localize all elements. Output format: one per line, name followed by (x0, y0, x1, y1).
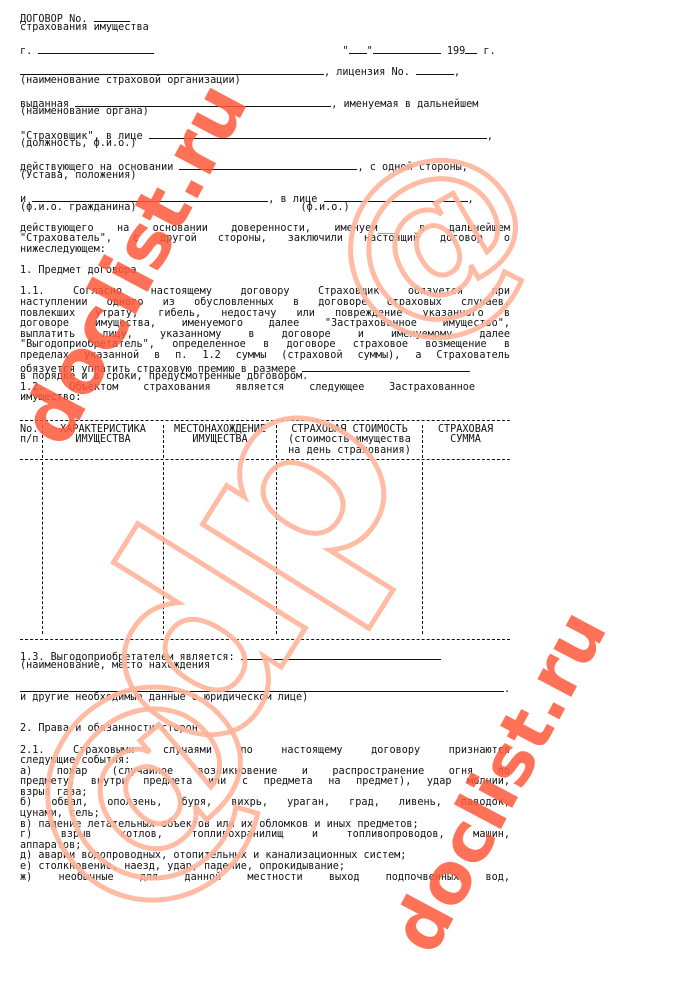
clause-1-2-line: 1.2. Объектом страхования является следу… (20, 383, 475, 394)
event-item: предмету, внутри предмета или с предмета… (20, 777, 510, 788)
attorney-line-3: нижеследующем: (20, 245, 520, 256)
city-date-line: г. "" 199 г. (20, 44, 520, 55)
beneficiary-caption-1: (наименование, место нахождения (20, 661, 520, 672)
contract-document: ДОГОВОР No. страхования имущества г. "" … (20, 12, 520, 883)
insurer-representative-blank (149, 129, 487, 139)
table-cell (277, 462, 423, 634)
table-cell (20, 462, 43, 634)
insurer-org-blank (20, 65, 324, 75)
insured-property-table: No. п/п ХАРАКТЕРИСТИКА ИМУЩЕСТВА МЕСТОНА… (20, 420, 510, 640)
table-header-insured-value: СТРАХОВАЯ СТОИМОСТЬ (стоимость имущества… (277, 425, 423, 458)
table-body (20, 462, 510, 634)
basis-caption: (Устава, положения) (20, 171, 520, 182)
month-blank (373, 44, 441, 54)
policyholder-representative-blank (324, 192, 468, 202)
table-cell (164, 462, 277, 634)
day-blank (349, 44, 367, 54)
clause-1-1-line: пределах указанной в п. 1.2 суммы (страх… (20, 351, 510, 362)
year-blank (465, 44, 477, 54)
table-header-location: МЕСТОНАХОЖДЕНИЕ ИМУЩЕСТВА (164, 425, 277, 458)
insurer-caption: (должность, ф.и.о.) (20, 139, 520, 150)
table-header-insured-sum: СТРАХОВАЯ СУММА (423, 425, 508, 458)
organ-caption: (наименование органа) (20, 107, 520, 118)
license-number-blank (416, 65, 454, 75)
section-2-title: 2. Права и обязанности сторон (20, 724, 520, 735)
section-1-title: 1. Предмет договора (20, 266, 520, 277)
table-header-row: No. п/п ХАРАКТЕРИСТИКА ИМУЩЕСТВА МЕСТОНА… (20, 425, 510, 458)
beneficiary-caption-2: и другие необходимые данные о юридическо… (20, 693, 520, 704)
clause-1-2-last: имущество: (20, 393, 520, 404)
policyholder-captions: (ф.и.о. гражданина)(ф.и.о.) (20, 203, 520, 214)
contract-number-blank (94, 12, 130, 22)
table-header-characteristics: ХАРАКТЕРИСТИКА ИМУЩЕСТВА (43, 425, 164, 458)
issued-by-blank (75, 97, 331, 107)
contract-subtitle: страхования имущества (20, 23, 520, 34)
premium-amount-blank (302, 362, 470, 372)
beneficiary-blank (241, 650, 441, 660)
event-item: г) взрыв котлов, топливохранилищ и топли… (20, 830, 510, 841)
beneficiary-details-blank (20, 682, 504, 692)
beneficiary-details-line: . (20, 682, 520, 693)
event-item: ж) необычные для данной местности выход … (20, 873, 510, 884)
org-caption: (наименование страховой организации) (20, 76, 520, 87)
city-blank (38, 44, 154, 54)
policyholder-name-blank (32, 192, 268, 202)
table-cell (423, 462, 508, 634)
insurer-org-line: , лицензия No. , (20, 65, 520, 76)
table-header-number: No. п/п (20, 425, 43, 458)
basis-blank (179, 160, 357, 170)
contract-title: ДОГОВОР No. (20, 12, 520, 23)
table-cell (43, 462, 164, 634)
